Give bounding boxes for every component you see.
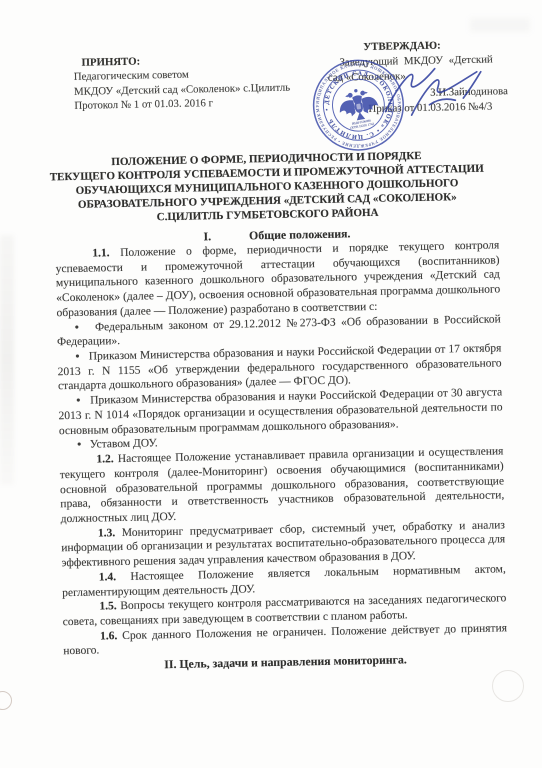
paragraph-number: 1.3.: [98, 527, 115, 539]
paragraph-1-2: 1.2. Настоящее Положение устанавливает п…: [59, 444, 504, 526]
paragraph-1-1: 1.1. Положение о форме, периодичности и …: [55, 238, 500, 320]
paragraph-text: Положение о форме, периодичности и поряд…: [56, 239, 501, 319]
signature-icon: [377, 57, 498, 133]
paragraph-number: 1.5.: [99, 600, 116, 612]
scanned-document-page: ПРИНЯТО: Педагогическим советом МКДОУ «Д…: [0, 0, 542, 768]
paragraph-number: 1.6.: [100, 630, 117, 642]
page-content: ПРИНЯТО: Педагогическим советом МКДОУ «Д…: [0, 0, 542, 768]
paragraph-number: 1.4.: [99, 571, 116, 583]
double-eagle-icon: [336, 86, 380, 124]
document-body: 1.1. Положение о форме, периодичности и …: [55, 238, 507, 674]
document-title: ПОЛОЖЕНИЕ О ФОРМЕ, ПЕРИОДИЧНОСТИ И ПОРЯД…: [31, 148, 502, 227]
paragraph-number: 1.1.: [92, 247, 109, 259]
paragraph-number: 1.2.: [96, 453, 113, 465]
section-1-number: I.: [203, 229, 211, 244]
paragraph-text: Настоящее Положение устанавливает правил…: [60, 445, 505, 525]
paragraph-text: Мониторинг предусматривает сбор, системн…: [61, 519, 505, 569]
accepted-block: ПРИНЯТО: Педагогическим советом МКДОУ «Д…: [73, 51, 324, 113]
